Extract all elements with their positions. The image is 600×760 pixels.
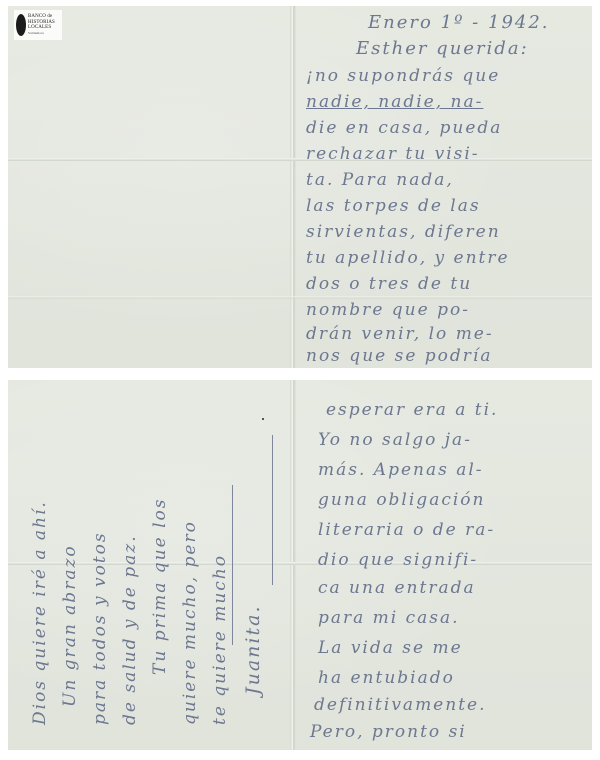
letter-salutation: Esther querida:	[356, 38, 529, 59]
letter-line: más. Apenas al-	[318, 460, 484, 480]
letter-line: para mi casa.	[318, 608, 460, 628]
letter-line: nos que se podría	[306, 346, 493, 366]
letter-line: ta. Para nada,	[306, 170, 454, 190]
letter-line: quiere mucho, pero	[180, 520, 200, 725]
letter-line: Tu prima que los	[150, 498, 170, 676]
letter-line: La vida se me	[318, 638, 463, 658]
letter-line: Pero, pronto si	[310, 722, 467, 742]
letter-line: ¡no supondrás que	[306, 66, 500, 86]
letter-line: nadie, nadie, na-	[306, 92, 483, 112]
rotated-text-block: Dios quiere iré a ahí. Un gran abrazo pa…	[20, 380, 290, 735]
signature-underline	[272, 435, 273, 585]
tree-icon	[16, 14, 26, 36]
page-top-right: Enero 1º - 1942. Esther querida: ¡no sup…	[296, 6, 588, 368]
letter-line: de salud y de paz.	[120, 534, 140, 725]
letter-line: dio que signifi-	[318, 550, 478, 570]
letter-line: Yo no salgo ja-	[318, 430, 472, 450]
letter-date: Enero 1º - 1942.	[368, 12, 550, 33]
archive-logo: BANCO de HISTORIAS LOCALES Valdemoro	[14, 10, 62, 40]
letter-line: ca una entrada	[318, 578, 476, 598]
letter-line: sirvientas, diferen	[306, 222, 501, 242]
page-bottom-right: esperar era a ti. Yo no salgo ja- más. A…	[296, 380, 588, 750]
letter-line: rechazar tu visi-	[306, 144, 480, 164]
letter-line: nombre que po-	[306, 300, 470, 320]
ink-mark	[262, 418, 264, 420]
letter-line: las torpes de las	[306, 196, 481, 216]
letter-line: te quiere mucho	[210, 554, 230, 725]
letter-line: die en casa, pueda	[306, 118, 502, 138]
letter-line: guna obligación	[318, 490, 485, 510]
letter-line: esperar era a ti.	[326, 400, 498, 420]
letter-line: dos o tres de tu	[306, 274, 472, 294]
letter-line: literaria o de ra-	[318, 520, 495, 540]
logo-text: BANCO de HISTORIAS LOCALES Valdemoro	[28, 14, 55, 36]
signature-underline	[232, 485, 233, 645]
letter-line: Dios quiere iré a ahí.	[30, 500, 50, 725]
letter-line: para todos y votos	[90, 531, 110, 725]
letter-line: drán venir, lo me-	[306, 324, 494, 344]
letter-line: tu apellido, y entre	[306, 248, 510, 268]
letter-line: ha entubiado	[318, 668, 455, 688]
letter-signature: Juanita.	[242, 605, 264, 696]
letter-line: definitivamente.	[314, 695, 487, 715]
letter-line: Un gran abrazo	[60, 544, 80, 707]
page-bottom-left: Dios quiere iré a ahí. Un gran abrazo pa…	[8, 380, 290, 750]
